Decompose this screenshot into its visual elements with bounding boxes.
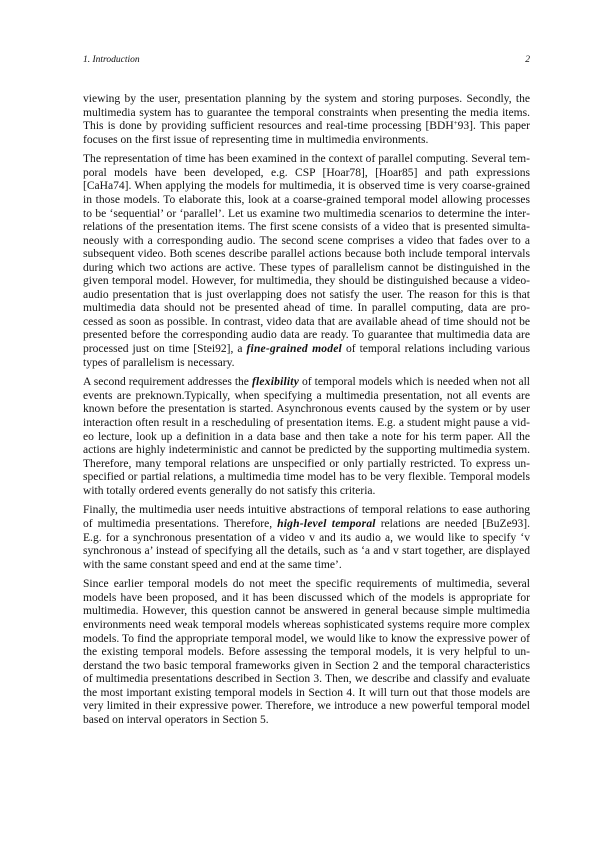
- page-number: 2: [525, 55, 530, 65]
- paragraph-3: A second requirement addresses the flexi…: [83, 376, 530, 498]
- emphasis-term: flexibility: [252, 376, 299, 388]
- paragraph-text: A second requirement addresses the: [83, 376, 252, 388]
- emphasis-term: high-level temporal: [277, 518, 376, 530]
- section-title: 1. Introduction: [83, 55, 140, 65]
- paragraph-text: of temporal models which is needed when …: [83, 376, 530, 496]
- running-header: 1. Introduction 2: [83, 55, 530, 69]
- document-page: 1. Introduction 2 viewing by the user, p…: [0, 0, 612, 866]
- paragraph-5: Since earlier temporal models do not mee…: [83, 578, 530, 727]
- paragraph-2: The representation of time has been exam…: [83, 153, 530, 370]
- paragraph-text: Since earlier temporal models do not mee…: [83, 578, 530, 725]
- paragraph-4: Finally, the multimedia user needs intui…: [83, 504, 530, 572]
- paragraph-1: viewing by the user, presentation planni…: [83, 93, 530, 147]
- body-text: viewing by the user, presentation planni…: [83, 93, 530, 734]
- emphasis-term: fine-grained model: [246, 343, 341, 355]
- paragraph-text: The representation of time has been exam…: [83, 153, 530, 355]
